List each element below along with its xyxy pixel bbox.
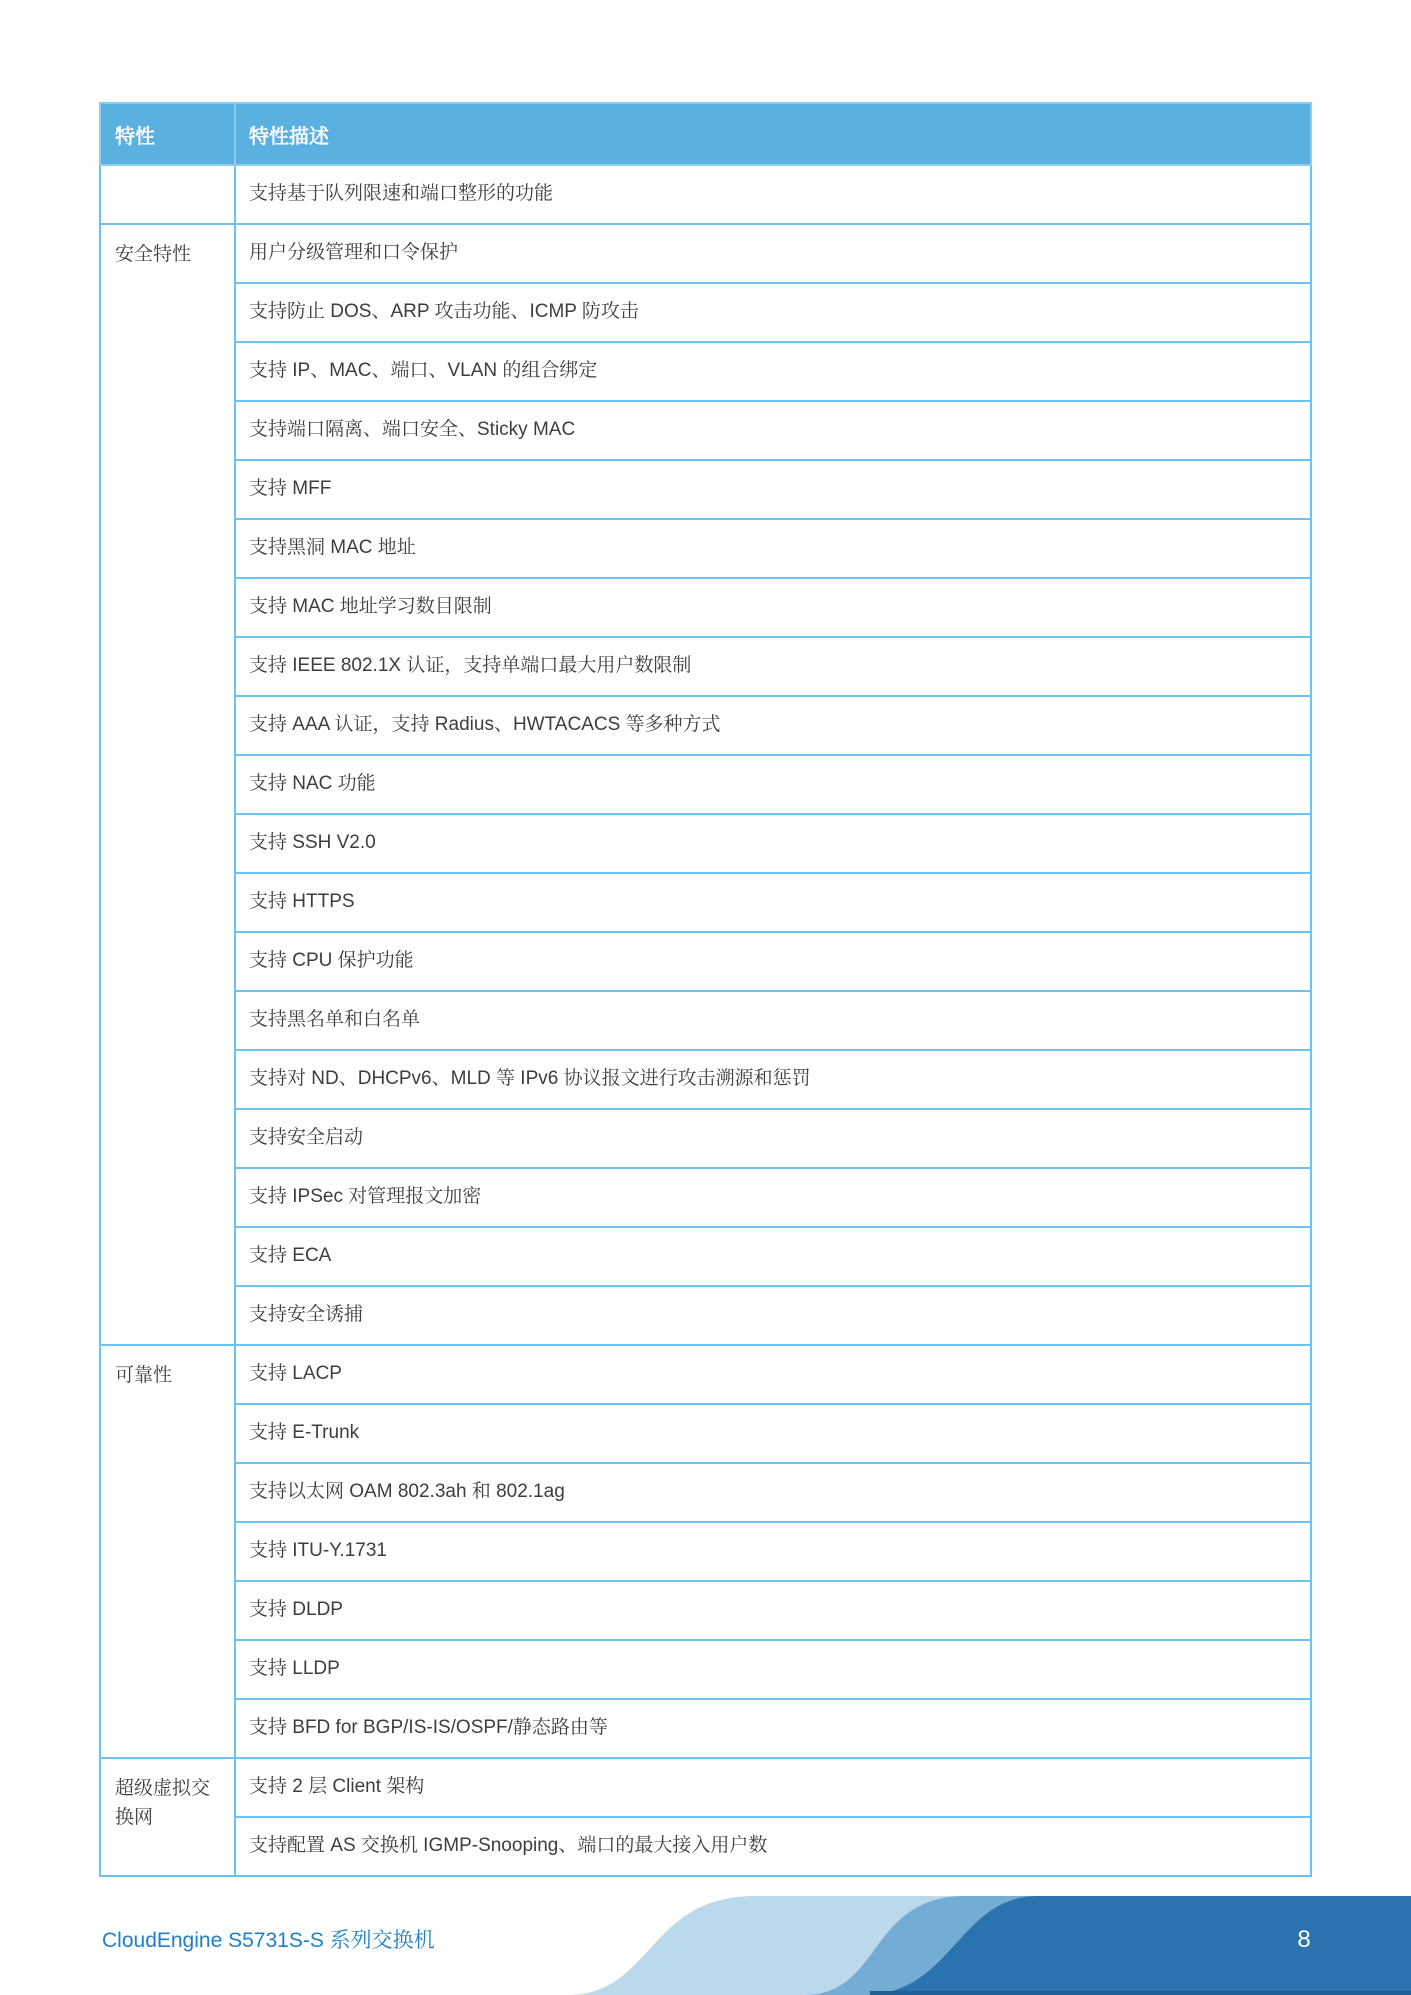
- table-row: 支持 NAC 功能: [100, 755, 1311, 814]
- description-cell: 支持安全诱捕: [235, 1286, 1311, 1345]
- table-row: 支持 AAA 认证，支持 Radius、HWTACACS 等多种方式: [100, 696, 1311, 755]
- table-row: 支持 IP、MAC、端口、VLAN 的组合绑定: [100, 342, 1311, 401]
- description-cell: 支持 IP、MAC、端口、VLAN 的组合绑定: [235, 342, 1311, 401]
- table-header-row: 特性 特性描述: [100, 103, 1311, 165]
- table-row: 支持 HTTPS: [100, 873, 1311, 932]
- description-cell: 支持 LACP: [235, 1345, 1311, 1404]
- description-cell: 支持安全启动: [235, 1109, 1311, 1168]
- table-row: 支持 IEEE 802.1X 认证，支持单端口最大用户数限制: [100, 637, 1311, 696]
- table-row: 支持 DLDP: [100, 1581, 1311, 1640]
- description-cell: 支持防止 DOS、ARP 攻击功能、ICMP 防攻击: [235, 283, 1311, 342]
- description-cell: 支持对 ND、DHCPv6、MLD 等 IPv6 协议报文进行攻击溯源和惩罚: [235, 1050, 1311, 1109]
- description-cell: 支持黑名单和白名单: [235, 991, 1311, 1050]
- table-row: 支持 MAC 地址学习数目限制: [100, 578, 1311, 637]
- table-row: 支持配置 AS 交换机 IGMP-Snooping、端口的最大接入用户数: [100, 1817, 1311, 1876]
- description-cell: 支持 MFF: [235, 460, 1311, 519]
- description-cell: 支持 DLDP: [235, 1581, 1311, 1640]
- description-cell: 支持 LLDP: [235, 1640, 1311, 1699]
- description-cell: 支持 HTTPS: [235, 873, 1311, 932]
- feature-table: 特性 特性描述 支持基于队列限速和端口整形的功能安全特性用户分级管理和口令保护支…: [99, 102, 1312, 1877]
- table-row: 超级虚拟交换网支持 2 层 Client 架构: [100, 1758, 1311, 1817]
- feature-cell: 安全特性: [100, 224, 235, 1345]
- feature-cell: [100, 165, 235, 224]
- description-cell: 支持配置 AS 交换机 IGMP-Snooping、端口的最大接入用户数: [235, 1817, 1311, 1876]
- table-row: 支持 ECA: [100, 1227, 1311, 1286]
- footer-wave-bottom-edge: [870, 1991, 1411, 1995]
- footer-wave-graphic: [0, 1890, 1411, 1995]
- description-cell: 支持 CPU 保护功能: [235, 932, 1311, 991]
- description-cell: 支持以太网 OAM 802.3ah 和 802.1ag: [235, 1463, 1311, 1522]
- description-cell: 支持 MAC 地址学习数目限制: [235, 578, 1311, 637]
- document-page: 特性 特性描述 支持基于队列限速和端口整形的功能安全特性用户分级管理和口令保护支…: [0, 0, 1411, 1995]
- column-header-feature-description: 特性描述: [235, 103, 1311, 165]
- feature-cell: 可靠性: [100, 1345, 235, 1758]
- table-row: 支持 BFD for BGP/IS-IS/OSPF/静态路由等: [100, 1699, 1311, 1758]
- table-row: 支持 E-Trunk: [100, 1404, 1311, 1463]
- description-cell: 用户分级管理和口令保护: [235, 224, 1311, 283]
- feature-cell: 超级虚拟交换网: [100, 1758, 235, 1876]
- description-cell: 支持基于队列限速和端口整形的功能: [235, 165, 1311, 224]
- table-row: 可靠性支持 LACP: [100, 1345, 1311, 1404]
- table-row: 支持 SSH V2.0: [100, 814, 1311, 873]
- page-number: 8: [1284, 1926, 1324, 1954]
- description-cell: 支持端口隔离、端口安全、Sticky MAC: [235, 401, 1311, 460]
- description-cell: 支持 SSH V2.0: [235, 814, 1311, 873]
- table-row: 支持 LLDP: [100, 1640, 1311, 1699]
- table-row: 支持 ITU-Y.1731: [100, 1522, 1311, 1581]
- table-row: 支持 IPSec 对管理报文加密: [100, 1168, 1311, 1227]
- description-cell: 支持 ECA: [235, 1227, 1311, 1286]
- description-cell: 支持 NAC 功能: [235, 755, 1311, 814]
- description-cell: 支持 BFD for BGP/IS-IS/OSPF/静态路由等: [235, 1699, 1311, 1758]
- description-cell: 支持 2 层 Client 架构: [235, 1758, 1311, 1817]
- table-row: 支持基于队列限速和端口整形的功能: [100, 165, 1311, 224]
- table-row: 支持安全诱捕: [100, 1286, 1311, 1345]
- table-row: 支持安全启动: [100, 1109, 1311, 1168]
- table-row: 支持端口隔离、端口安全、Sticky MAC: [100, 401, 1311, 460]
- table-row: 支持 MFF: [100, 460, 1311, 519]
- table-row: 支持 CPU 保护功能: [100, 932, 1311, 991]
- table-row: 支持对 ND、DHCPv6、MLD 等 IPv6 协议报文进行攻击溯源和惩罚: [100, 1050, 1311, 1109]
- description-cell: 支持 AAA 认证，支持 Radius、HWTACACS 等多种方式: [235, 696, 1311, 755]
- table-row: 支持黑洞 MAC 地址: [100, 519, 1311, 578]
- description-cell: 支持黑洞 MAC 地址: [235, 519, 1311, 578]
- description-cell: 支持 IPSec 对管理报文加密: [235, 1168, 1311, 1227]
- description-cell: 支持 IEEE 802.1X 认证，支持单端口最大用户数限制: [235, 637, 1311, 696]
- table-row: 支持防止 DOS、ARP 攻击功能、ICMP 防攻击: [100, 283, 1311, 342]
- table-row: 安全特性用户分级管理和口令保护: [100, 224, 1311, 283]
- description-cell: 支持 E-Trunk: [235, 1404, 1311, 1463]
- table-row: 支持以太网 OAM 802.3ah 和 802.1ag: [100, 1463, 1311, 1522]
- description-cell: 支持 ITU-Y.1731: [235, 1522, 1311, 1581]
- column-header-feature: 特性: [100, 103, 235, 165]
- table-row: 支持黑名单和白名单: [100, 991, 1311, 1050]
